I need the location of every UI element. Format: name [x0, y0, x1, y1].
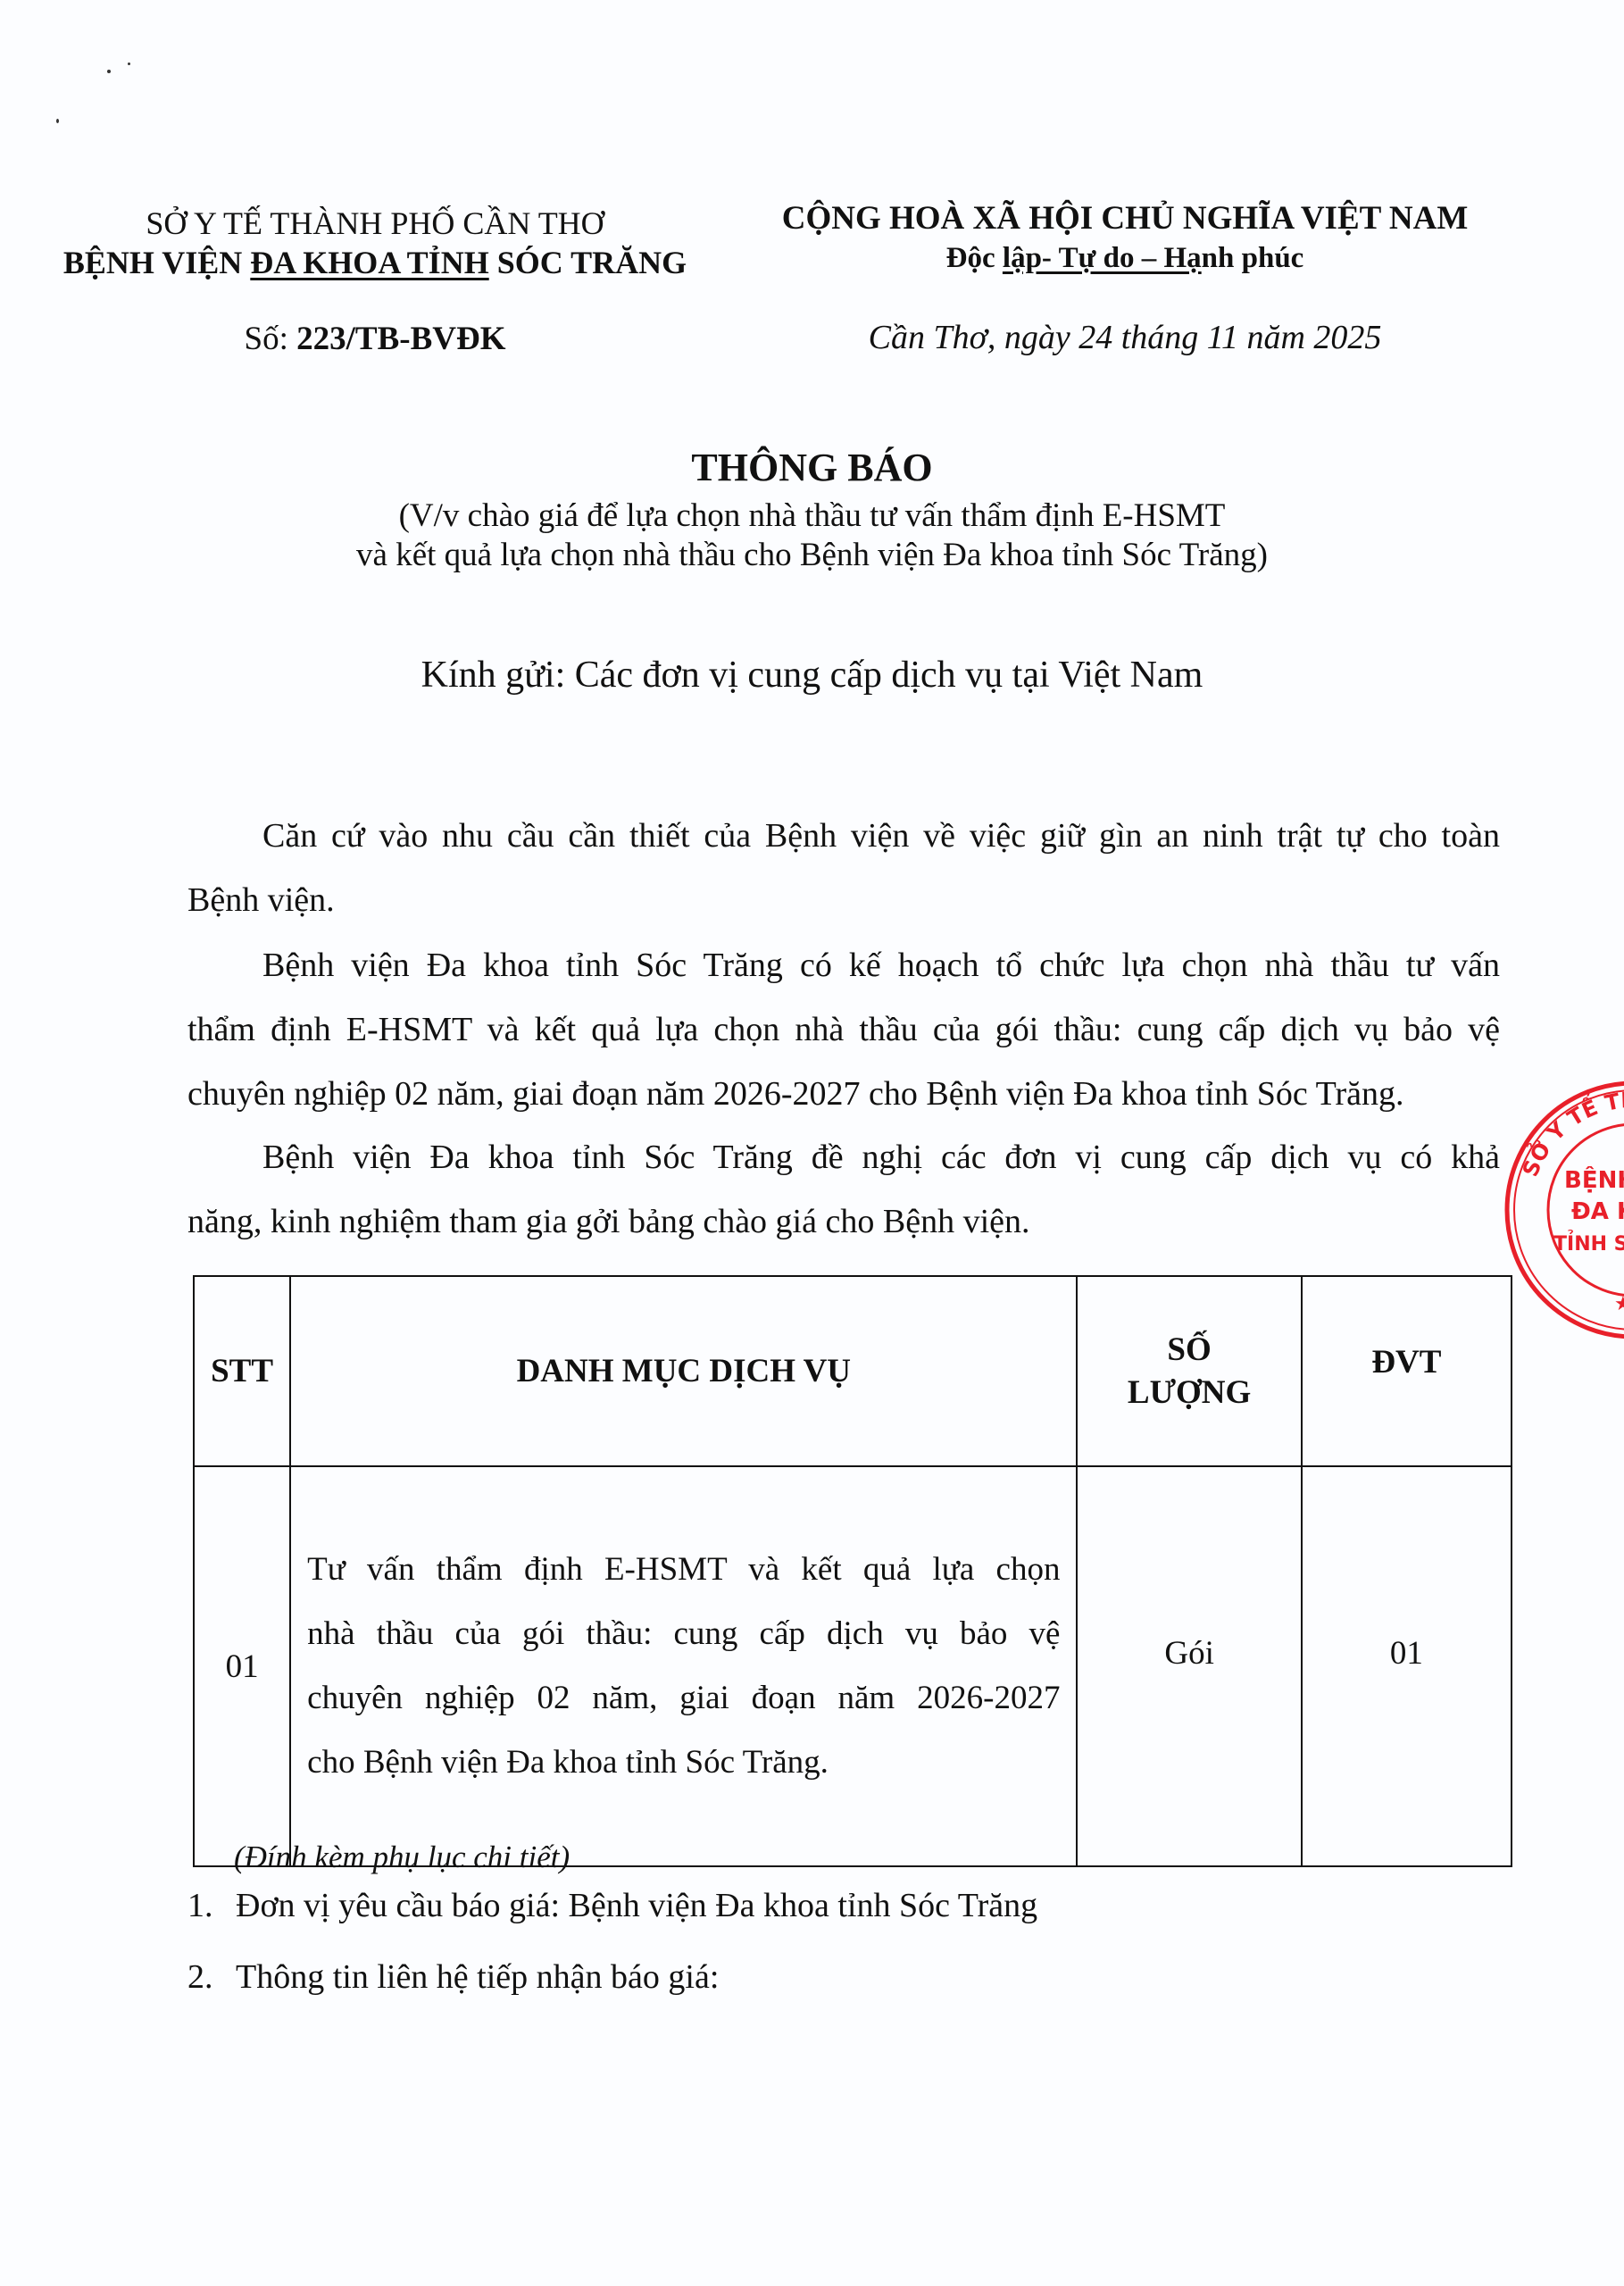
cell-unit: 01 [1302, 1466, 1512, 1866]
star-icon: ★ [1614, 1292, 1624, 1314]
cell-stt: 01 [194, 1466, 290, 1866]
national-motto: Độc lập- Tự do – Hạnh phúc [741, 239, 1509, 277]
table-row: 01 Tư vấn thẩm định E-HSMT và kết quả lự… [194, 1466, 1512, 1866]
scan-speck [56, 119, 59, 123]
cell-quantity: Gói [1077, 1466, 1301, 1866]
attachment-note: (Đính kèm phụ lục chi tiết) [234, 1840, 570, 1875]
col-header-unit: ĐVT [1302, 1276, 1512, 1466]
document-subject-line-1: (V/v chào giá để lựa chọn nhà thầu tư vấ… [0, 496, 1624, 535]
svg-text:ĐA K: ĐA K [1571, 1198, 1624, 1225]
paragraph-request: Bệnh viện Đa khoa tỉnh Sóc Trăng đề nghị… [187, 1125, 1500, 1254]
recipient-line: Kính gửi: Các đơn vị cung cấp dịch vụ tạ… [0, 654, 1624, 697]
place-and-date: Cần Thơ, ngày 24 tháng 11 năm 2025 [741, 318, 1509, 357]
national-title: CỘNG HOÀ XÃ HỘI CHỦ NGHĨA VIỆT NAM [741, 198, 1509, 239]
paragraph-plan: Bệnh viện Đa khoa tỉnh Sóc Trăng có kế h… [187, 933, 1500, 1126]
list-item: 1.Đơn vị yêu cầu báo giá: Bệnh viện Đa k… [187, 1886, 1037, 1925]
parent-agency: SỞ Y TẾ THÀNH PHỐ CẦN THƠ [54, 204, 696, 243]
paragraph-basis: Căn cứ vào nhu cầu cần thiết của Bệnh vi… [187, 804, 1500, 932]
scan-speck [107, 70, 111, 73]
issuing-agency-block: SỞ Y TẾ THÀNH PHỐ CẦN THƠ BỆNH VIỆN ĐA K… [54, 204, 696, 282]
service-table: STT DANH MỤC DỊCH VỤ SỐ LƯỢNG ĐVT 01 Tư … [193, 1275, 1512, 1867]
document-subject-line-2: và kết quả lựa chọn nhà thầu cho Bệnh vi… [0, 536, 1624, 574]
col-header-quantity: SỐ LƯỢNG [1077, 1276, 1301, 1466]
svg-text:TỈNH SÓC: TỈNH SÓC [1553, 1231, 1624, 1256]
issuing-agency: BỆNH VIỆN ĐA KHOA TỈNH SÓC TRĂNG [54, 243, 696, 282]
list-item: 2.Thông tin liên hệ tiếp nhận báo giá: [187, 1957, 719, 1997]
scan-speck [128, 63, 130, 65]
document-title: THÔNG BÁO [0, 445, 1624, 490]
cell-description: Tư vấn thẩm định E-HSMT và kết quả lựa c… [290, 1466, 1077, 1866]
svg-text:BỆNH: BỆNH [1564, 1165, 1624, 1194]
national-title-block: CỘNG HOÀ XÃ HỘI CHỦ NGHĨA VIỆT NAM Độc l… [741, 198, 1509, 277]
official-seal-stamp: SỞ Y TẾ THÀNH BỆNH ĐA K TỈNH SÓC ★ [1500, 1076, 1624, 1344]
document-number: Số: 223/TB-BVĐK [54, 320, 696, 358]
col-header-service: DANH MỤC DỊCH VỤ [290, 1276, 1077, 1466]
col-header-stt: STT [194, 1276, 290, 1466]
table-header-row: STT DANH MỤC DỊCH VỤ SỐ LƯỢNG ĐVT [194, 1276, 1512, 1466]
